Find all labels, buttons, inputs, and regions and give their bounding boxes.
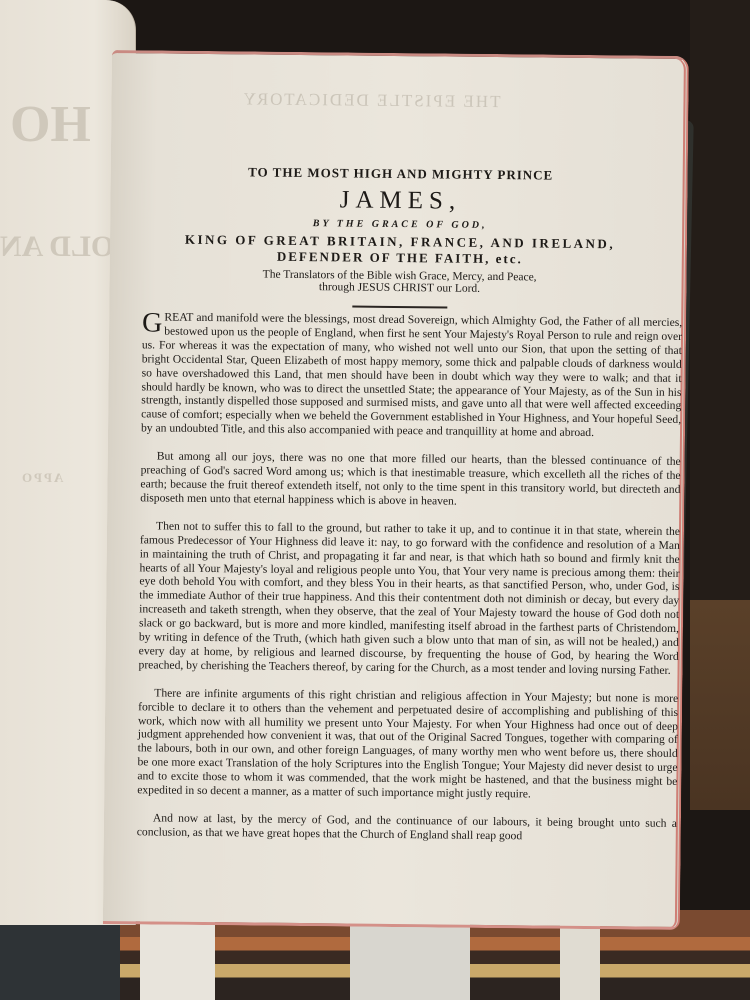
right-page: THE EPISTLE DEDICATORY TO THE MOST HIGH … — [103, 50, 689, 930]
paragraph: But among all our joys, there was no one… — [140, 449, 681, 510]
bleed-through-running-head: THE EPISTLE DEDICATORY — [241, 89, 500, 112]
king-name: JAMES, — [150, 184, 650, 217]
drop-cap: G — [142, 311, 162, 335]
paragraph: And now at last, by the mercy of God, an… — [137, 811, 677, 844]
divider-rule — [352, 306, 447, 309]
grace-line: BY THE GRACE OF GOD, — [150, 216, 650, 232]
paragraph: GREAT and manifold were the blessings, m… — [141, 310, 682, 441]
paragraph: There are infinite arguments of this rig… — [137, 686, 678, 803]
paragraph-text: REAT and manifold were the blessings, mo… — [141, 311, 682, 440]
dedication-line: TO THE MOST HIGH AND MIGHTY PRINCE — [151, 163, 651, 184]
bleed-through-text: OLD AN — [0, 230, 114, 264]
background-shelf — [690, 0, 750, 600]
background-wood — [690, 600, 750, 810]
bleed-through-text: APPO — [20, 470, 63, 486]
dedication-header: TO THE MOST HIGH AND MIGHTY PRINCE JAMES… — [149, 163, 650, 310]
bleed-through-text: HO — [10, 95, 91, 154]
dedication-body: GREAT and manifold were the blessings, m… — [137, 310, 683, 858]
paragraph: Then not to suffer this to fall to the g… — [138, 519, 680, 678]
